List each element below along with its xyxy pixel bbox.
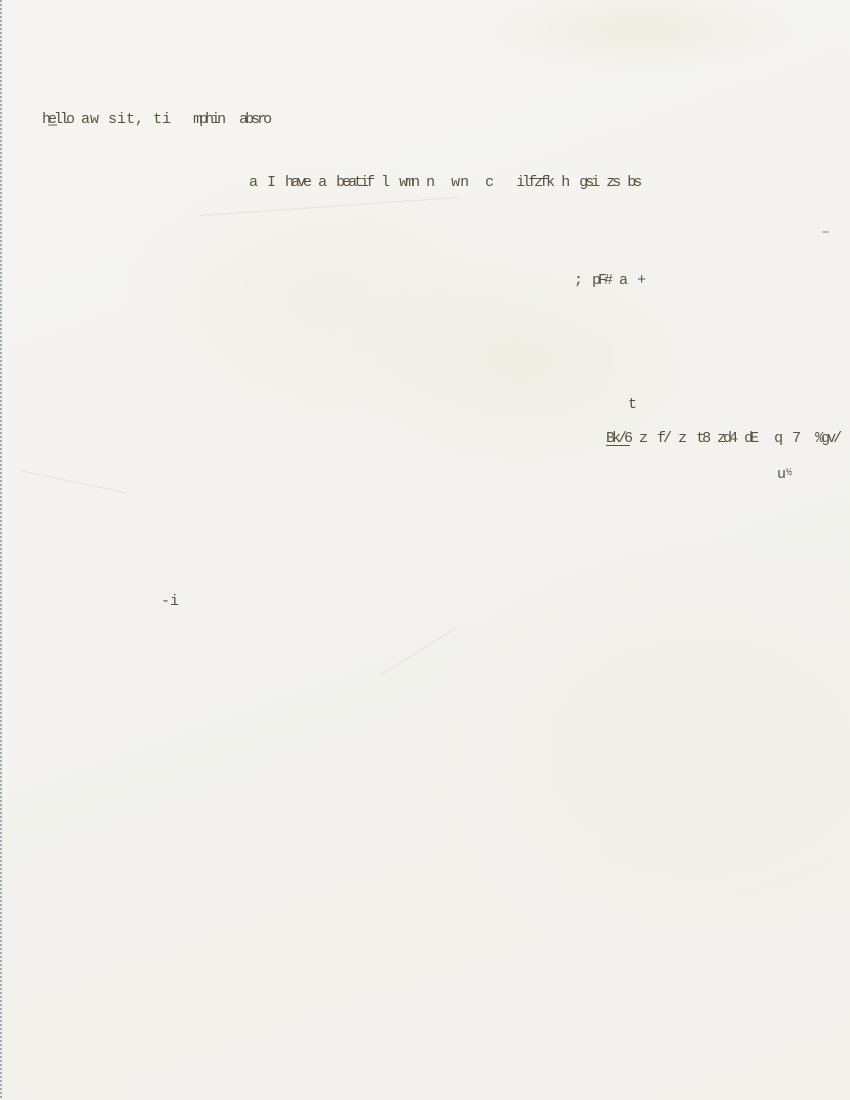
typed-word: gsi xyxy=(579,174,597,192)
typed-line-7: -i xyxy=(125,575,179,629)
typed-word: sit, xyxy=(108,111,144,129)
typed-word: u xyxy=(777,466,786,484)
paper-crease xyxy=(20,470,128,494)
typed-line-2: aIhaveabeatiflwmnnwncilfzfkhgsizsbs xyxy=(213,156,639,210)
typed-line-6: u½ xyxy=(741,448,792,504)
typed-word: a xyxy=(318,174,327,192)
typed-word: h xyxy=(561,174,570,192)
typed-word: n xyxy=(426,174,435,192)
typed-word: + xyxy=(637,272,646,290)
typed-word: have xyxy=(285,174,309,192)
typed-word: ; xyxy=(574,272,583,290)
typed-word: zs xyxy=(606,174,618,192)
typed-line-1: he̲lloawsit,timphinabsro xyxy=(6,93,269,147)
typed-word: %gv/ xyxy=(815,430,839,448)
typed-word: beatif xyxy=(336,174,372,192)
typed-word: -i xyxy=(161,593,179,611)
typed-word: mphin xyxy=(193,111,223,129)
typewritten-page: he̲lloawsit,timphinabsro aIhaveabeatiflw… xyxy=(0,0,850,1100)
paper-crease xyxy=(380,627,457,676)
typed-word: f/ xyxy=(657,430,669,448)
typed-word: wmn xyxy=(399,174,417,192)
typed-word: 7 xyxy=(792,430,801,448)
typed-word: he̲llo xyxy=(42,111,72,129)
typed-word: pF# xyxy=(592,272,610,290)
typed-word: a xyxy=(249,174,258,192)
typed-word: zd4 xyxy=(717,430,735,448)
typed-word: z xyxy=(639,430,648,448)
typed-word: c xyxy=(485,174,494,192)
typed-word: z xyxy=(678,430,687,448)
typed-word: wn xyxy=(451,174,469,192)
typed-word: q xyxy=(774,430,783,448)
typed-word: l xyxy=(381,174,390,192)
scan-edge-artifact xyxy=(0,0,2,1100)
typed-word: t8 xyxy=(696,430,708,448)
typed-word: bs xyxy=(627,174,639,192)
typed-line-3: ;pF#a+ xyxy=(538,254,646,308)
typed-word: dE xyxy=(744,430,756,448)
fraction-half-glyph: ½ xyxy=(786,465,792,483)
typed-word: ti xyxy=(153,111,171,129)
stray-dash-mark xyxy=(822,231,829,233)
typed-word: aw xyxy=(81,111,99,129)
typed-word: a xyxy=(619,272,628,290)
typed-line-5: Bk/6zf/zt8zd4dEq7%gv/ xyxy=(570,412,839,466)
typed-word: ilfzfk xyxy=(516,174,552,192)
typed-word: Bk/6 xyxy=(606,430,630,448)
typed-word: absro xyxy=(239,111,269,129)
typed-word: I xyxy=(267,174,276,192)
